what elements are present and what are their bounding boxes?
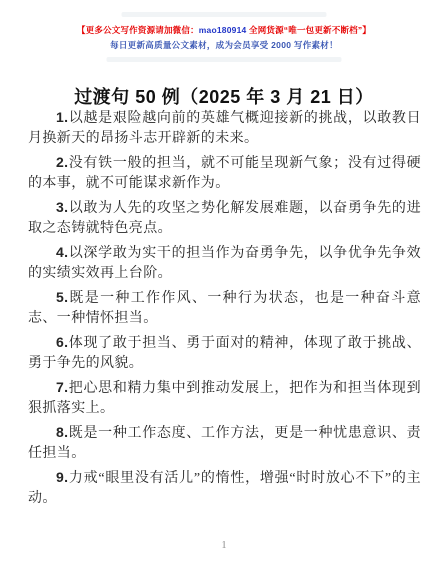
paragraph-1: 1.以越是艰险越向前的英雄气概迎接新的挑战，以敢教日月换新天的昂扬斗志开辟新的未… [28, 108, 421, 148]
paragraph-5: 5.既是一种工作作风、一种行为状态，也是一种奋斗意志、一种情怀担当。 [28, 288, 421, 328]
paragraph-4: 4.以深学敢为实干的担当作为奋勇争先，以争优争先争效的实绩实效再上台阶。 [28, 243, 421, 283]
paragraph-7-text: 把心思和精力集中到推动发展上，把作为和担当体现到狠抓落实上。 [28, 381, 421, 416]
paragraph-1-number: 1. [56, 109, 68, 125]
paragraph-6-number: 6. [56, 334, 68, 350]
paragraph-4-number: 4. [56, 244, 68, 260]
paragraph-8: 8.既是一种工作态度、工作方法，更是一种忧患意识、责任担当。 [28, 423, 421, 463]
paragraph-8-number: 8. [56, 424, 68, 440]
document-body: 1.以越是艰险越向前的英雄气概迎接新的挑战，以敢教日月换新天的昂扬斗志开辟新的未… [28, 108, 421, 513]
paragraph-2: 2.没有铁一般的担当，就不可能呈现新气象；没有过得硬的本事，就不可能谋求新作为。 [28, 153, 421, 193]
document-page: 【更多公文写作资源请加微信：mao180914 全网货源“唯一包更新不断档”】 … [0, 0, 448, 580]
paragraph-9-text: 力戒“眼里没有活儿”的惰性，增强“时时放心不下”的主动。 [28, 471, 421, 506]
promo-line-1: 【更多公文写作资源请加微信：mao180914 全网货源“唯一包更新不断档”】 [0, 25, 448, 36]
paragraph-1-text: 以越是艰险越向前的英雄气概迎接新的挑战，以敢教日月换新天的昂扬斗志开辟新的未来。 [28, 111, 421, 146]
promo-header: 【更多公文写作资源请加微信：mao180914 全网货源“唯一包更新不断档”】 … [0, 25, 448, 51]
promo-line-2: 每日更新高质量公文素材，成为会员享受 2000 写作素材！ [0, 40, 448, 51]
paragraph-8-text: 既是一种工作态度、工作方法，更是一种忧患意识、责任担当。 [28, 426, 421, 461]
faint-watermark-line-mid [107, 57, 342, 62]
faint-watermark-line-top [122, 12, 327, 17]
paragraph-5-number: 5. [56, 289, 68, 305]
paragraph-6: 6.体现了敢于担当、勇于面对的精神，体现了敢于挑战、勇于争先的风貌。 [28, 333, 421, 373]
paragraph-6-text: 体现了敢于担当、勇于面对的精神，体现了敢于挑战、勇于争先的风貌。 [28, 336, 421, 371]
paragraph-3-text: 以敢为人先的攻坚之势化解发展难题，以奋勇争先的进取之态铸就特色亮点。 [28, 201, 421, 236]
promo-wechat-id: mao180914 [199, 25, 247, 35]
paragraph-2-text: 没有铁一般的担当，就不可能呈现新气象；没有过得硬的本事，就不可能谋求新作为。 [28, 156, 421, 191]
paragraph-4-text: 以深学敢为实干的担当作为奋勇争先，以争优争先争效的实绩实效再上台阶。 [28, 246, 421, 281]
paragraph-5-text: 既是一种工作作风、一种行为状态，也是一种奋斗意志、一种情怀担当。 [28, 291, 421, 326]
paragraph-7: 7.把心思和精力集中到推动发展上，把作为和担当体现到狠抓落实上。 [28, 378, 421, 418]
paragraph-3-number: 3. [56, 199, 68, 215]
paragraph-2-number: 2. [56, 154, 68, 170]
paragraph-7-number: 7. [56, 379, 68, 395]
document-title: 过渡句 50 例（2025 年 3 月 21 日） [0, 83, 448, 109]
promo-line1-suffix: 全网货源“唯一包更新不断档”】 [246, 25, 371, 35]
paragraph-9: 9.力戒“眼里没有活儿”的惰性，增强“时时放心不下”的主动。 [28, 468, 421, 508]
page-number: 1 [0, 540, 448, 551]
paragraph-3: 3.以敢为人先的攻坚之势化解发展难题，以奋勇争先的进取之态铸就特色亮点。 [28, 198, 421, 238]
promo-line1-prefix: 【更多公文写作资源请加微信： [77, 25, 199, 35]
paragraph-9-number: 9. [56, 469, 68, 485]
